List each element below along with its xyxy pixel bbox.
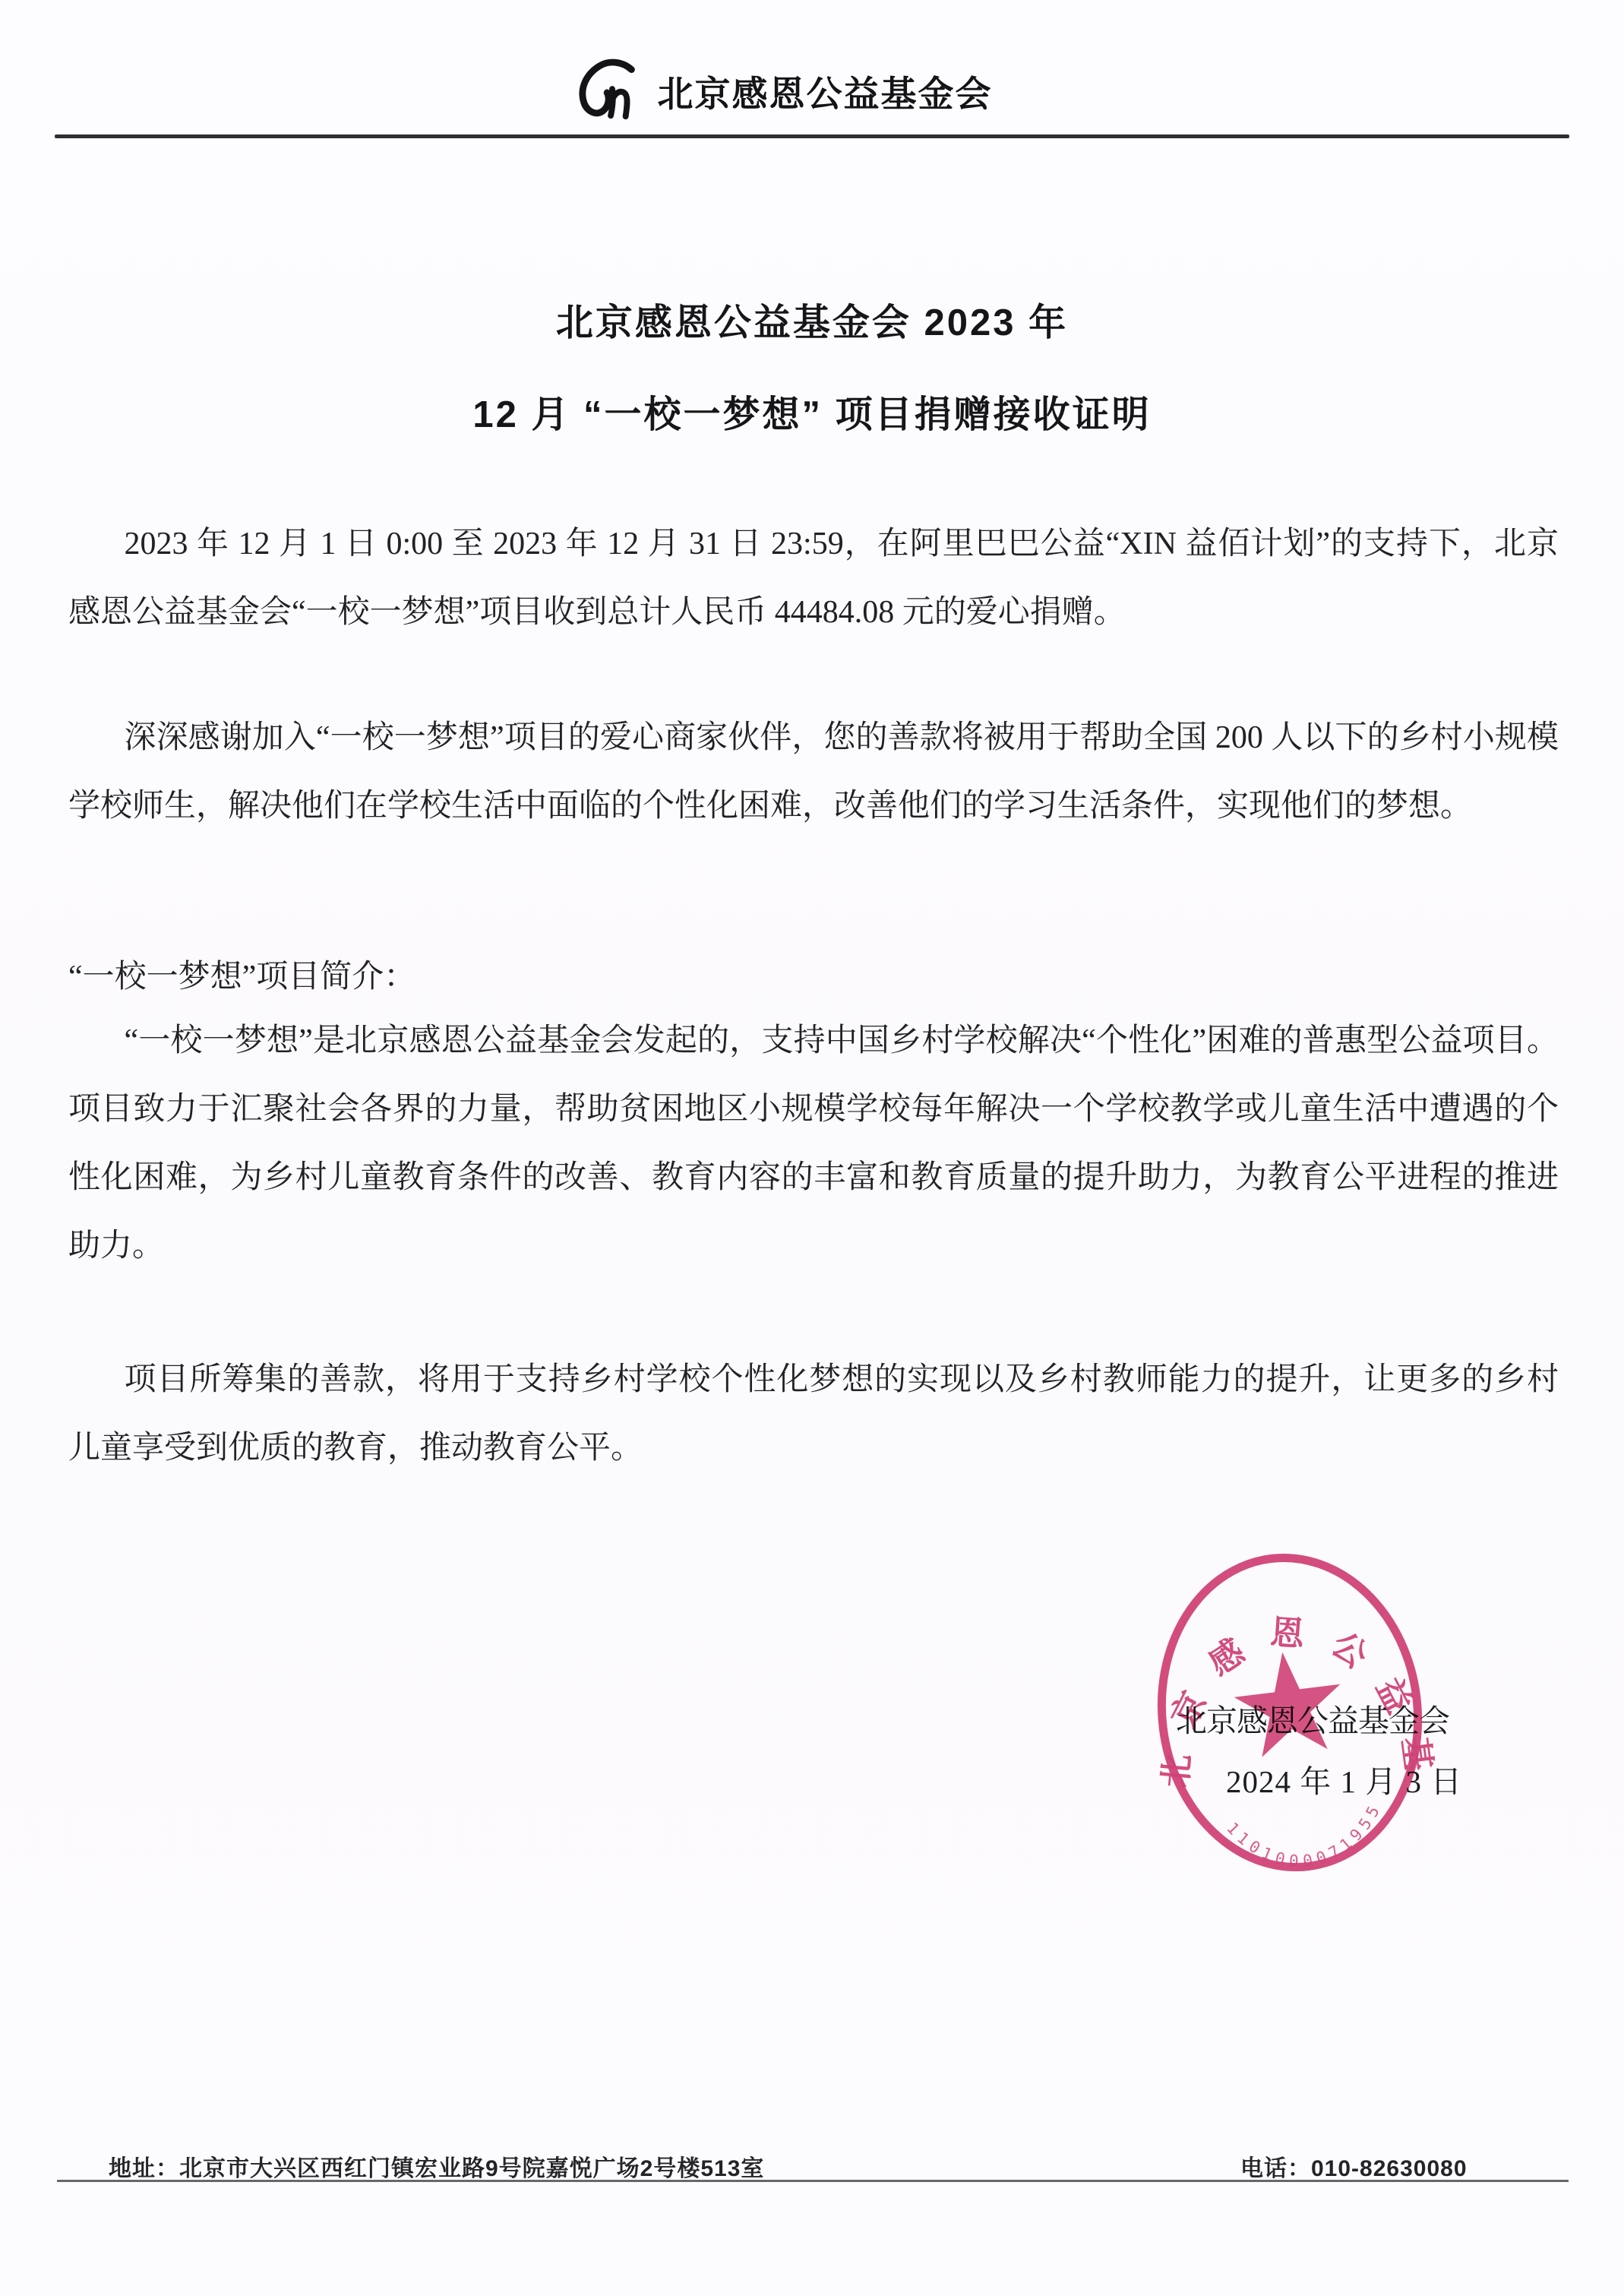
footer-divider: [57, 2180, 1569, 2182]
document-body: 2023 年 12 月 1 日 0:00 至 2023 年 12 月 31 日 …: [68, 510, 1559, 1482]
footer-address: 地址：北京市大兴区西红门镇宏业路9号院嘉悦广场2号楼513室: [109, 2149, 764, 2183]
paragraph-project-intro: “一校一梦想”是北京感恩公益基金会发起的，支持中国乡村学校解决“个性化”困难的普…: [68, 1007, 1559, 1280]
paragraph-thanks: 深深感谢加入“一校一梦想”项目的爱心商家伙伴，您的善款将被用于帮助全国 200 …: [68, 704, 1559, 840]
header-org-name: 北京感恩公益基金会: [658, 66, 993, 117]
header-divider: [55, 134, 1569, 138]
official-seal-stamp: 北京感恩公益基金会 1101000071955: [1130, 1529, 1451, 1896]
donation-certificate-page: 北京感恩公益基金会 北京感恩公益基金会 2023 年 12 月 “一校一梦想” …: [0, 0, 1624, 2296]
doc-title-line2: 12 月 “一校一梦想” 项目捐赠接收证明: [0, 393, 1624, 437]
doc-title-line1: 北京感恩公益基金会 2023 年: [0, 301, 1624, 345]
footer-phone: 电话：010-82630080: [1240, 2149, 1468, 2183]
foundation-logo-icon: [574, 58, 650, 125]
paragraph-funds-usage: 项目所筹集的善款，将用于支持乡村学校个性化梦想的实现以及乡村教师能力的提升，让更…: [68, 1346, 1559, 1482]
header-logo: 北京感恩公益基金会: [0, 58, 1595, 125]
paragraph-donation-summary: 2023 年 12 月 1 日 0:00 至 2023 年 12 月 31 日 …: [68, 510, 1559, 647]
section-heading-project-intro: “一校一梦想”项目简介：: [68, 950, 1559, 1004]
